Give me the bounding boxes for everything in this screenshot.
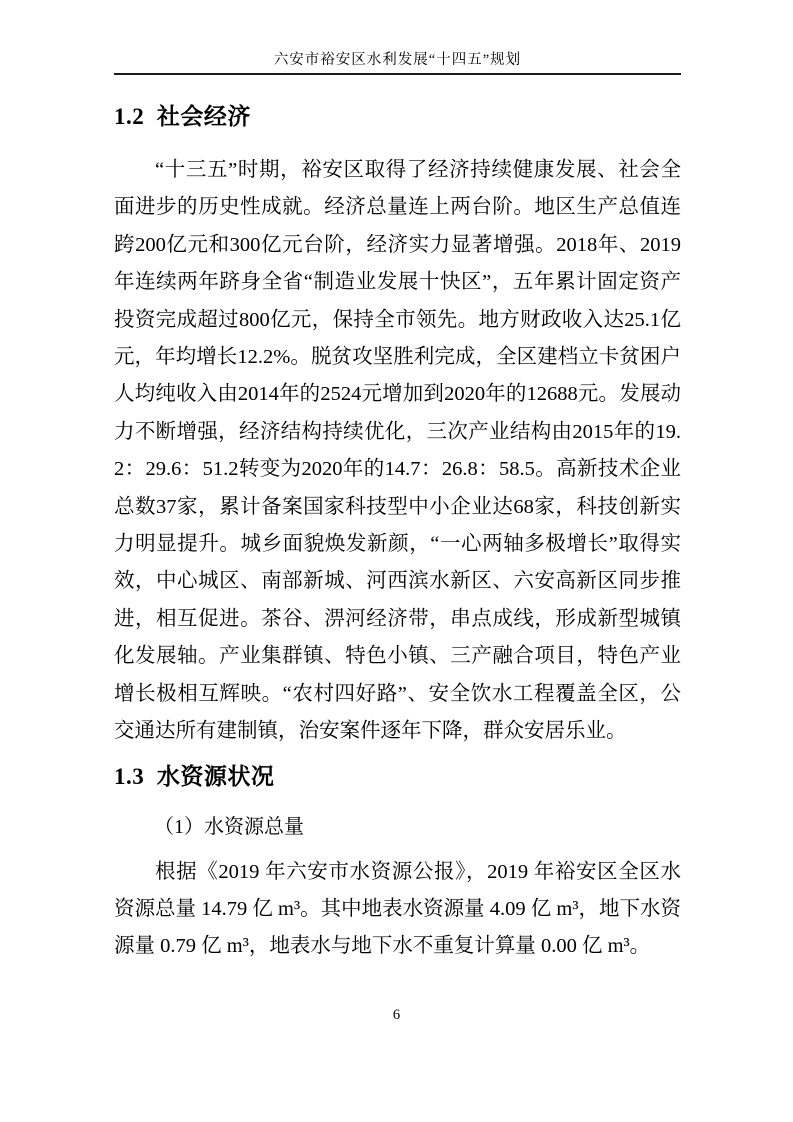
section-number: 1.2 — [114, 104, 144, 129]
document-page: 六安市裕安区水利发展“十四五”规划 1.2社会经济 “十三五”时期，裕安区取得了… — [0, 0, 793, 1122]
page-number: 6 — [0, 1006, 793, 1024]
section-title: 水资源状况 — [157, 764, 275, 789]
paragraph-water-resources: 根据《2019 年六安市水资源公报》，2019 年裕安区全区水资源总量 14.7… — [114, 854, 681, 966]
section-number: 1.3 — [114, 764, 144, 789]
section-heading-1-2: 1.2社会经济 — [114, 102, 681, 132]
subheading-water-resources-total: （1）水资源总量 — [114, 815, 681, 839]
paragraph-social-economy: “十三五”时期，裕安区取得了经济持续健康发展、社会全面进步的历史性成就。经济总量… — [114, 152, 681, 751]
section-heading-1-3: 1.3水资源状况 — [114, 762, 681, 792]
section-title: 社会经济 — [157, 104, 251, 129]
page-header: 六安市裕安区水利发展“十四五”规划 — [114, 52, 681, 75]
page-content: 1.2社会经济 “十三五”时期，裕安区取得了经济持续健康发展、社会全面进步的历史… — [114, 96, 681, 966]
header-title: 六安市裕安区水利发展“十四五”规划 — [274, 52, 521, 68]
